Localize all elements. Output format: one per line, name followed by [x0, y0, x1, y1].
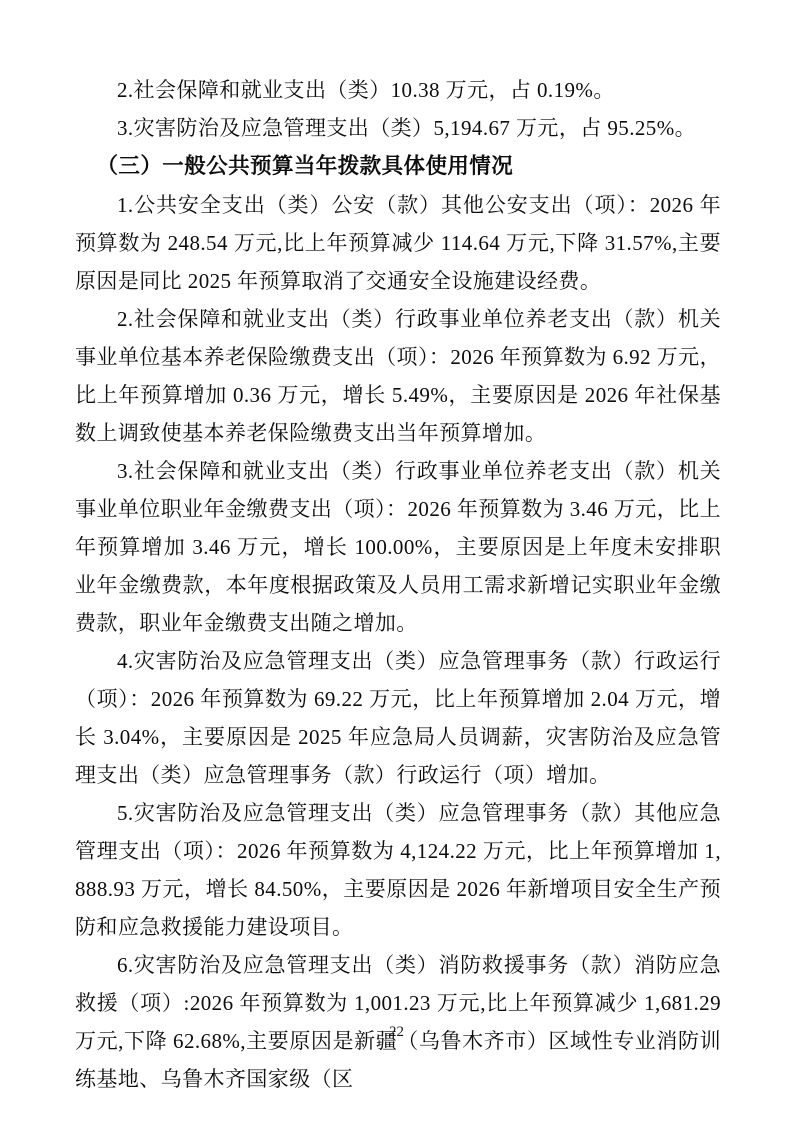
paragraph-emergency-admin-operation: 4.灾害防治及应急管理支出（类）应急管理事务（款）行政运行（项）：2026 年预… [75, 642, 721, 794]
paragraph-occupational-annuity: 3.社会保障和就业支出（类）行政事业单位养老支出（款）机关事业单位职业年金缴费支… [75, 452, 721, 642]
section-heading: （三）一般公共预算当年拨款具体使用情况 [75, 147, 721, 186]
document-page: 2.社会保障和就业支出（类）10.38 万元，占 0.19%。 3.灾害防治及应… [0, 0, 793, 1122]
summary-item-social-security: 2.社会保障和就业支出（类）10.38 万元，占 0.19%。 [75, 71, 721, 109]
paragraph-basic-pension-contribution: 2.社会保障和就业支出（类）行政事业单位养老支出（款）机关事业单位基本养老保险缴… [75, 300, 721, 452]
paragraph-public-safety: 1.公共安全支出（类）公安（款）其他公安支出（项）：2026 年预算数为 248… [75, 186, 721, 300]
summary-item-disaster-management: 3.灾害防治及应急管理支出（类）5,194.67 万元，占 95.25%。 [75, 109, 721, 147]
paragraph-other-emergency-management: 5.灾害防治及应急管理支出（类）应急管理事务（款）其他应急管理支出（项）：202… [75, 794, 721, 946]
page-number: 22 [0, 1022, 793, 1042]
document-body: 2.社会保障和就业支出（类）10.38 万元，占 0.19%。 3.灾害防治及应… [75, 71, 721, 1098]
